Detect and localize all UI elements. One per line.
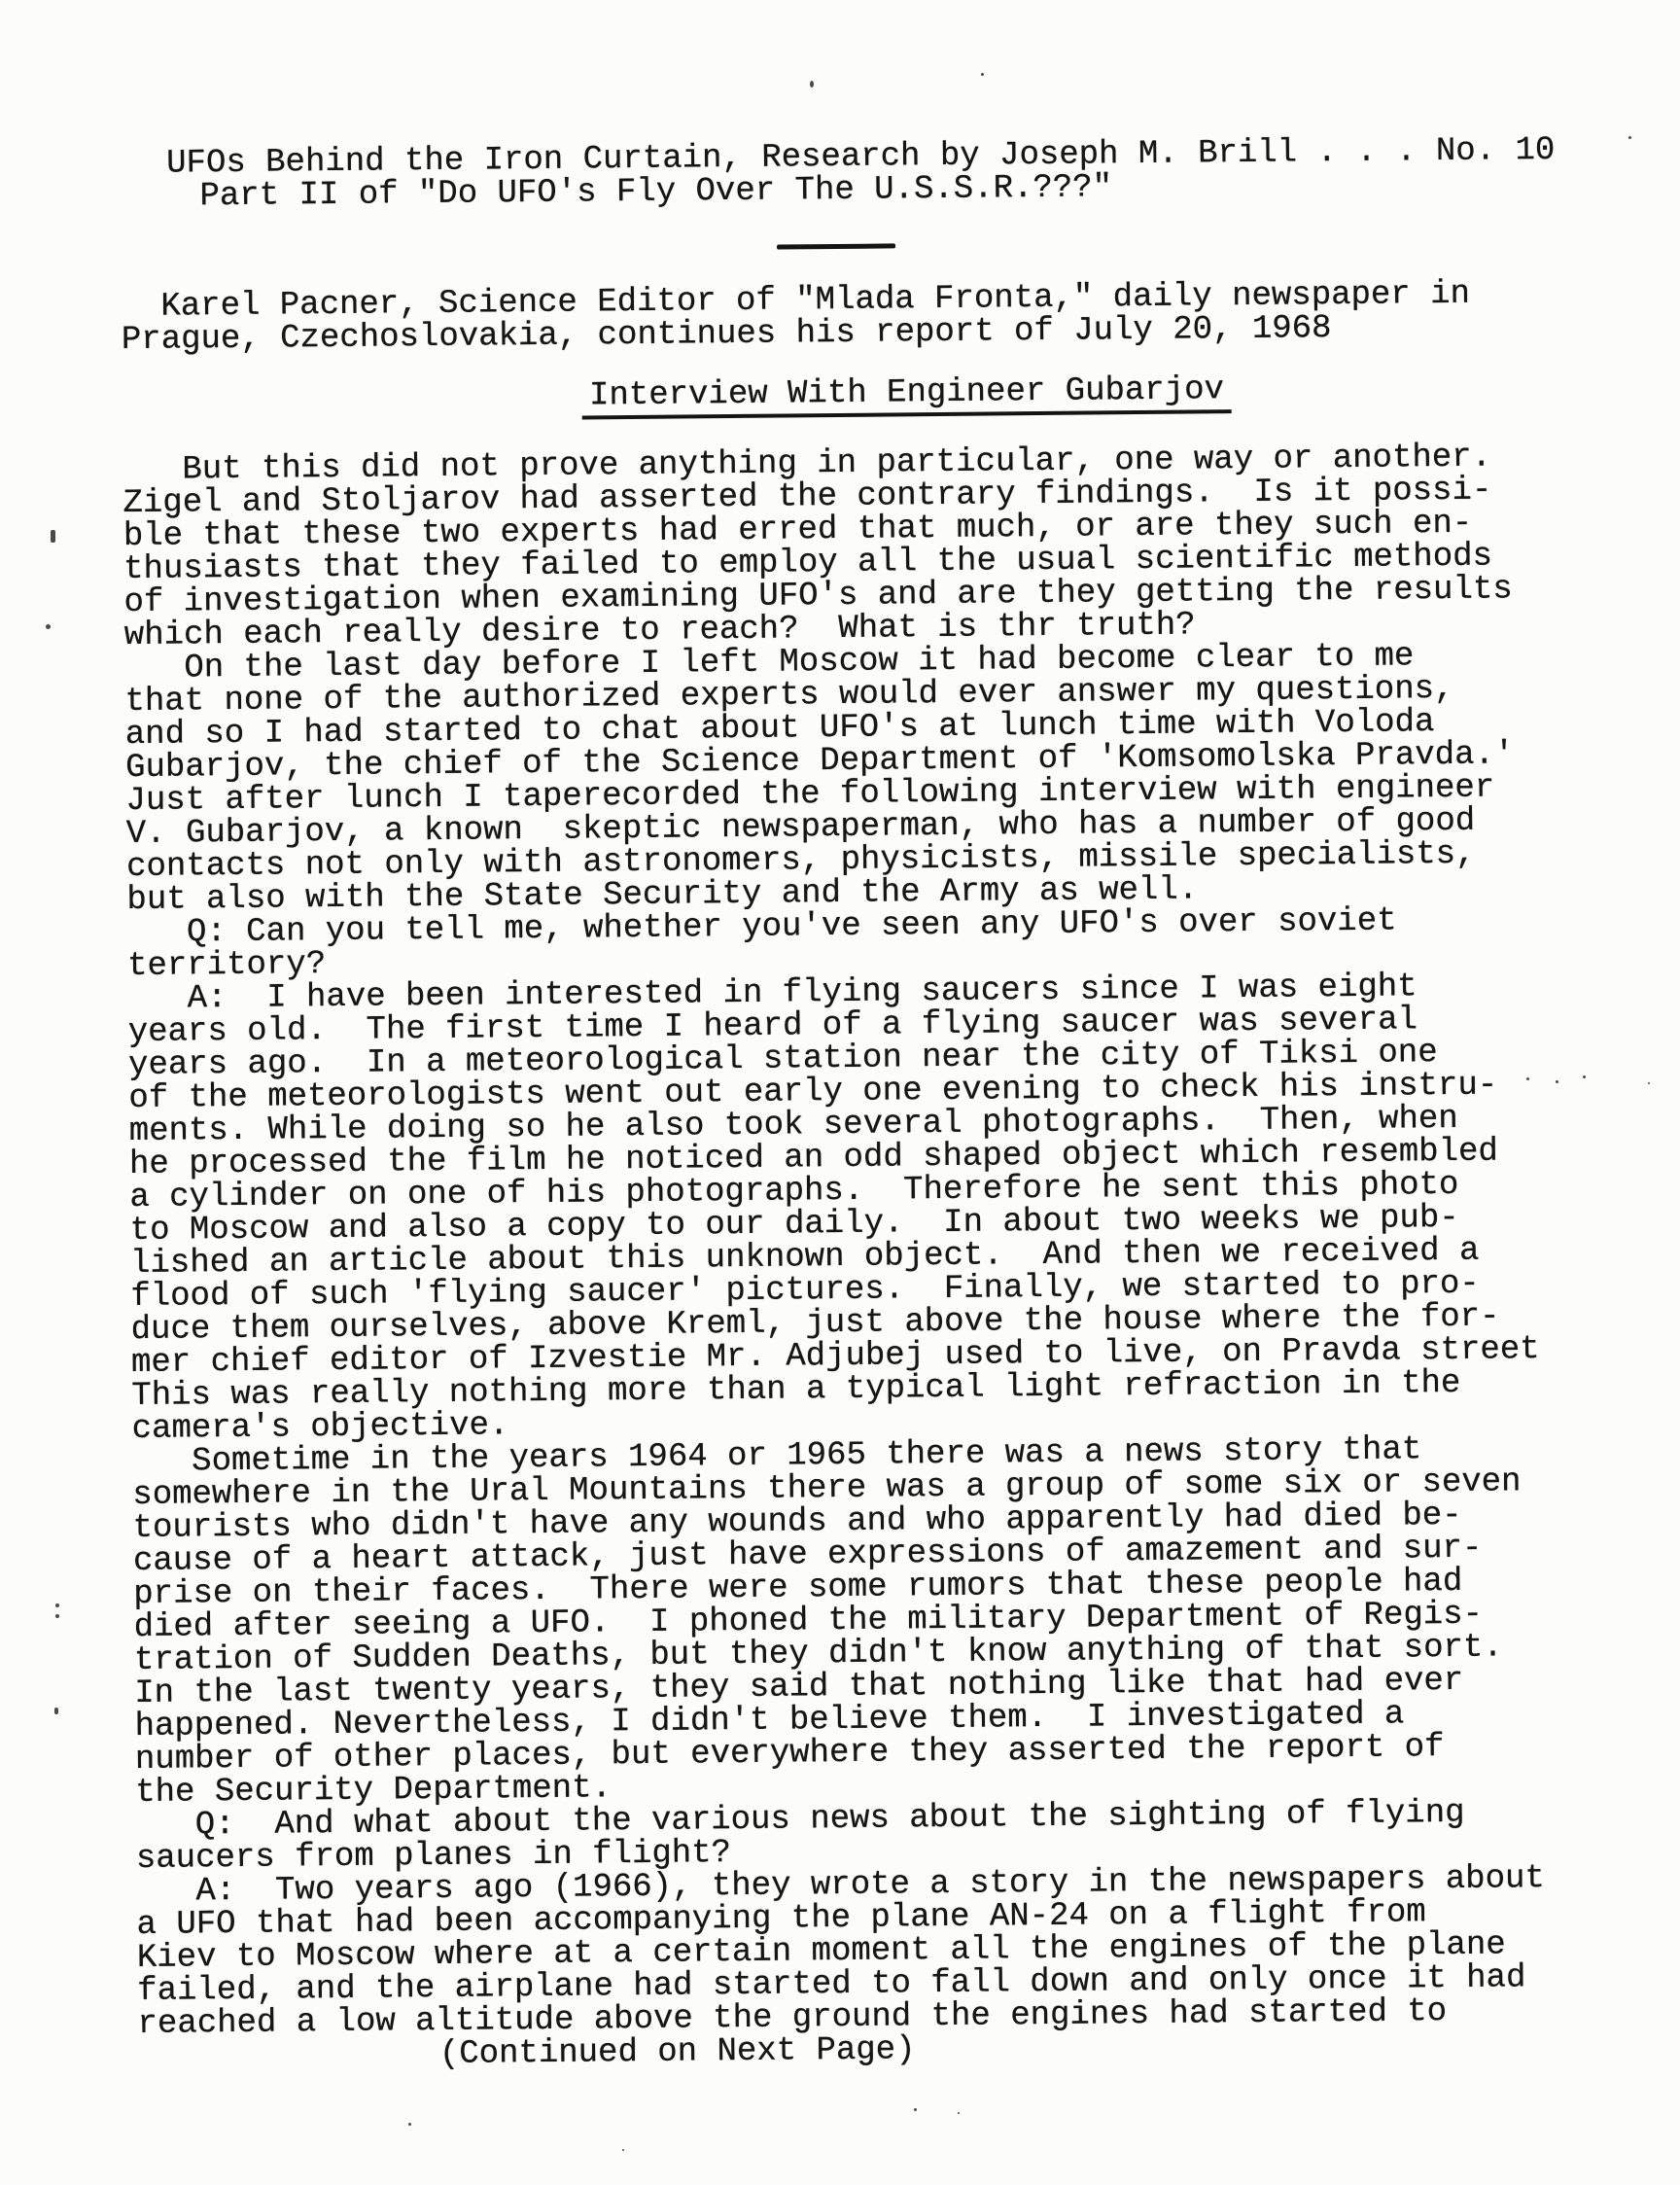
scan-speck (810, 81, 814, 88)
scanned-document-page: UFOs Behind the Iron Curtain, Research b… (0, 0, 1680, 2185)
scan-speck (51, 530, 55, 543)
intro-paragraph: Karel Pacner, Science Editor of "Mlada F… (121, 277, 1551, 357)
scan-speck (981, 73, 984, 76)
divider-rule (777, 243, 895, 249)
scan-speck (46, 624, 51, 629)
scan-speck (622, 2149, 624, 2151)
scan-speck (54, 1708, 58, 1714)
scan-speck (55, 1614, 59, 1618)
body-text: But this did not prove anything in parti… (122, 441, 1567, 2041)
scan-speck (1526, 1077, 1529, 1080)
scan-speck (958, 2112, 960, 2114)
section-heading-row: Interview With Engineer Gubarjov (122, 370, 1551, 424)
scan-speck (1628, 136, 1631, 139)
scan-speck (1556, 1080, 1558, 1083)
section-heading: Interview With Engineer Gubarjov (581, 373, 1232, 419)
scan-speck (55, 1604, 59, 1607)
scan-speck (408, 2123, 411, 2126)
scan-speck (1583, 1075, 1586, 1078)
typewritten-content: UFOs Behind the Iron Curtain, Research b… (120, 134, 1567, 2074)
scan-speck (1648, 1082, 1650, 1084)
scan-speck (914, 2108, 917, 2111)
